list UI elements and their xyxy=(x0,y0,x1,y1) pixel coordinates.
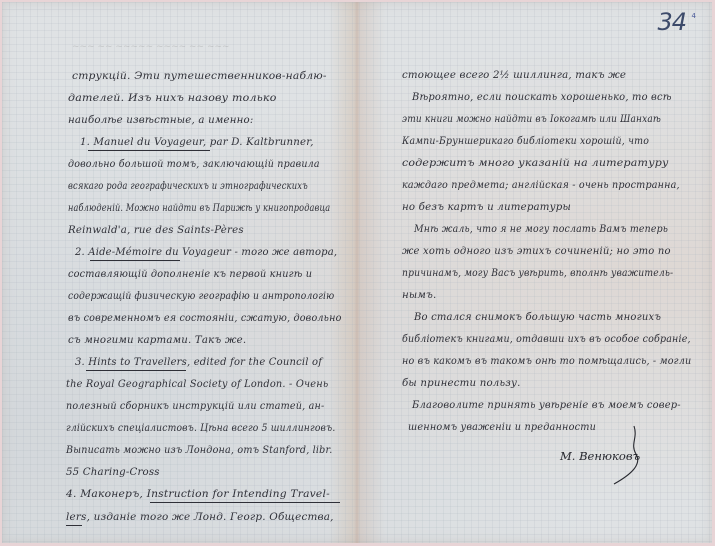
text-line: дателей. Изъ нихъ назову только xyxy=(68,93,277,104)
text-line: стоющее всего 2½ шиллинга, такъ же xyxy=(402,70,626,81)
text-line: въ современномъ ея состоянiи, сжатую, до… xyxy=(68,313,342,324)
text-line: Мнѣ жаль, что я не могу послать Вамъ теп… xyxy=(414,224,668,235)
page-number-superscript: 4 xyxy=(692,12,696,20)
text-line: но безъ картъ и литературы xyxy=(402,202,571,213)
left-page: струкцiй. Эти путешественников-наблю- да… xyxy=(2,2,354,543)
text-line: но въ какомъ въ такомъ онѣ то помѣщались… xyxy=(402,356,691,367)
text-line: глiйскихъ спецiалистовъ. Цѣна всего 5 ши… xyxy=(66,423,335,434)
text-line: lers, изданiе того же Лонд. Геогр. Общес… xyxy=(66,512,334,523)
signature-flourish-icon xyxy=(610,420,650,490)
text-line: бы принести пользу. xyxy=(402,378,521,389)
text-line: составляющiй дополненiе къ первой книгѣ … xyxy=(68,269,312,280)
text-line: наиболѣе извѣстные, а именно: xyxy=(68,115,254,126)
title-underline xyxy=(88,150,210,151)
text-line: нымъ. xyxy=(402,290,436,301)
text-line-item-1: 1. Manuel du Voyageur, par D. Kaltbrunne… xyxy=(80,137,314,148)
text-line: Вѣроятно, если поискать хорошенько, то в… xyxy=(412,92,672,103)
title-underline xyxy=(150,502,340,503)
text-line: содержитъ много указанiй на литературу xyxy=(402,158,669,169)
page-number: 34 xyxy=(657,8,686,36)
text-line: всякаго рода географическихъ и этнографи… xyxy=(68,181,308,192)
item-1-text: 1. Manuel du Voyageur, par D. Kaltbrunne… xyxy=(80,137,314,148)
text-line: 55 Charing-Cross xyxy=(66,467,160,478)
text-line: каждаго предмета; англiйская - очень про… xyxy=(402,180,680,191)
text-line: содержащiй физическую географiю и антроп… xyxy=(68,291,334,302)
text-line: же хоть одного изъ этихъ сочиненiй; но э… xyxy=(402,246,671,257)
text-line: довольно большой томъ, заключающiй прави… xyxy=(68,159,320,170)
text-line: причинамъ, могу Васъ увѣрить, вполнѣ ува… xyxy=(402,268,673,279)
text-line-item-3: 3. Hints to Travellers, edited for the C… xyxy=(75,357,322,368)
right-page: 34 4 стоющее всего 2½ шиллинга, такъ же … xyxy=(360,2,712,543)
text-line: библiотекъ книгами, отдавши ихъ въ особо… xyxy=(402,334,691,345)
letter-sheet: ~~~ ~~ ~~~~~ ~~~~ ~~ ~~~ струкцiй. Эти п… xyxy=(2,2,712,543)
text-line: the Royal Geographical Society of London… xyxy=(66,379,328,390)
title-underline xyxy=(86,370,186,371)
text-line: наблюденiй. Можно найдти въ Парижѣ у кни… xyxy=(68,203,330,214)
title-underline xyxy=(90,260,180,261)
text-line: полезный сборникъ инструкцiй или статей,… xyxy=(66,401,324,412)
text-line-item-4: 4. Маконеръ, Instruction for Intending T… xyxy=(66,489,330,500)
text-line: Выписать можно изъ Лондона, отъ Stanford… xyxy=(66,445,332,456)
text-line: шенномъ уваженiи и преданности xyxy=(408,422,596,433)
text-line: съ многими картами. Такъ же. xyxy=(68,335,246,346)
text-line-item-2: 2. Aide-Mémoire du Voyageur - того же ав… xyxy=(75,247,337,258)
text-line: Reinwald'a, rue des Saints-Pères xyxy=(68,225,244,236)
title-underline xyxy=(66,525,82,526)
text-line: эти книги можно найдти въ Іокогамѣ или Ш… xyxy=(402,114,661,125)
text-line: струкцiй. Эти путешественников-наблю- xyxy=(72,71,327,82)
text-line: Во стался снимокъ большую часть многихъ xyxy=(414,312,661,323)
text-line: Кампи-Бруншерикаго библiотеки хорошiй, ч… xyxy=(402,136,649,147)
text-line: Благоволите принять увѣренiе въ моемъ со… xyxy=(412,400,681,411)
